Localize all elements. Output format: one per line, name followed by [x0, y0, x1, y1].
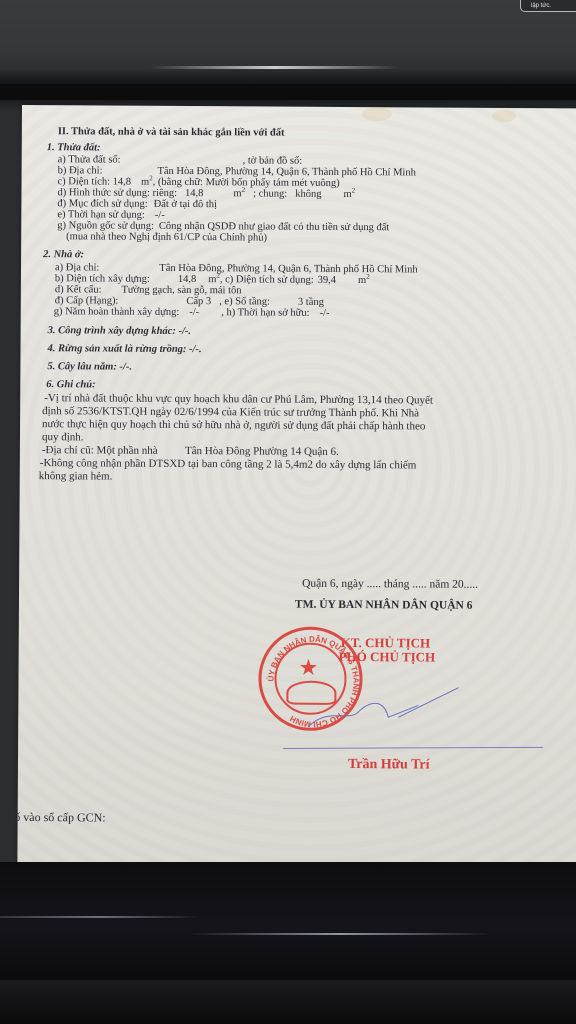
land-address-label: b) Địa chỉ:: [58, 165, 103, 176]
perennial-trees: 5. Cây lâu năm: -/-.: [47, 361, 132, 373]
glare-reflection: [190, 933, 490, 935]
date-line: Quận 6, ngày ..... tháng ..... năm 20...…: [302, 579, 478, 592]
parcel-number-label: a) Thửa đất số:: [58, 154, 121, 165]
toast-text: lập tức.: [531, 3, 551, 9]
land-area-label: c) Diện tích: 14,8: [57, 176, 131, 187]
purpose-value: Đất ở tại đô thị: [154, 199, 217, 210]
origin-label: g) Nguồn gốc sử dụng:: [57, 220, 154, 232]
structure-label: d) Kết cấu:: [55, 284, 102, 295]
shared-unit: m: [343, 189, 351, 200]
build-area-value: 14,8: [178, 274, 196, 285]
private-area-unit: m: [233, 188, 241, 199]
term-label: e) Thời hạn sử dụng:: [57, 209, 145, 221]
land-area-unit: m: [141, 177, 149, 188]
land-origin-row-2: (mua nhà theo Nghị định 61/CP của Chính …: [66, 231, 267, 244]
signature-line: [283, 747, 543, 749]
floor-area-label: , c) Diện tích sử dụng:: [220, 274, 314, 286]
paper-stain: [362, 107, 392, 121]
note-line: nước thực hiện quy hoạch thì chủ sở hữu …: [42, 418, 425, 433]
build-area-label: b) Diện tích xây dựng:: [55, 273, 150, 285]
structure-value: Tường gạch, sàn gỗ, mái tôn: [121, 285, 241, 297]
ownership-term-label: , h) Thời hạn sở hữu:: [221, 307, 309, 319]
purpose-label: đ) Mục đích sử dụng:: [57, 198, 147, 210]
grade-label: đ) Cấp (Hạng):: [55, 295, 119, 306]
house-address-label: a) Địa chỉ:: [55, 262, 99, 273]
land-heading: 1. Thửa đất:: [47, 142, 101, 154]
note-line: không gian hẻm.: [39, 470, 113, 483]
folder-edge: [0, 980, 576, 1024]
folder-edge: [0, 84, 576, 100]
completion-label: g) Năm hoàn thành xây dựng:: [54, 306, 180, 318]
notification-toast[interactable]: lập tức.: [520, 0, 576, 12]
house-completion-row: g) Năm hoàn thành xây dựng:-/-, h) Thời …: [54, 306, 330, 319]
signer-name: Trần Hữu Trí: [348, 759, 430, 771]
glare-reflection: [0, 916, 200, 918]
ownership-term-value: -/-: [320, 308, 330, 319]
section-title: II. Thửa đất, nhà ở và tài sản khác gắn …: [58, 126, 285, 139]
use-form-label: d) Hình thức sử dụng: riêng:: [57, 187, 177, 199]
production-forest: 4. Rừng sản xuất là rừng trồng: -/-.: [47, 343, 201, 355]
other-construction: 3. Công trình xây dựng khác: -/-.: [48, 325, 191, 337]
paper-stain: [492, 110, 516, 122]
private-area-value: 14,8: [185, 188, 203, 199]
map-sheet-label: , tờ bản đồ số:: [243, 155, 303, 166]
notes-heading: 6. Ghi chú:: [46, 379, 95, 391]
house-heading: 2. Nhà ở:: [43, 249, 84, 261]
floors-value: 3 tầng: [298, 297, 324, 308]
shared-value: không: [295, 189, 321, 200]
term-value: -/-: [155, 210, 165, 221]
certificate-page: II. Thửa đất, nhà ở và tài sản khác gắn …: [17, 105, 576, 868]
grade-value: Cấp 3: [186, 296, 211, 307]
glare-reflection: [150, 66, 400, 69]
shared-label: ; chung:: [253, 188, 287, 199]
floors-label: , e) Số tầng:: [219, 296, 270, 307]
registry-number-label: Số vào sổ cấp GCN:: [8, 812, 106, 824]
issuing-authority: TM. ỦY BAN NHÂN DÂN QUẬN 6: [295, 600, 473, 613]
handwritten-signature: [288, 667, 488, 748]
completion-value: -/-: [189, 307, 199, 318]
note-line: quy định.: [42, 431, 84, 444]
floor-area-value: 39,4: [318, 275, 336, 286]
